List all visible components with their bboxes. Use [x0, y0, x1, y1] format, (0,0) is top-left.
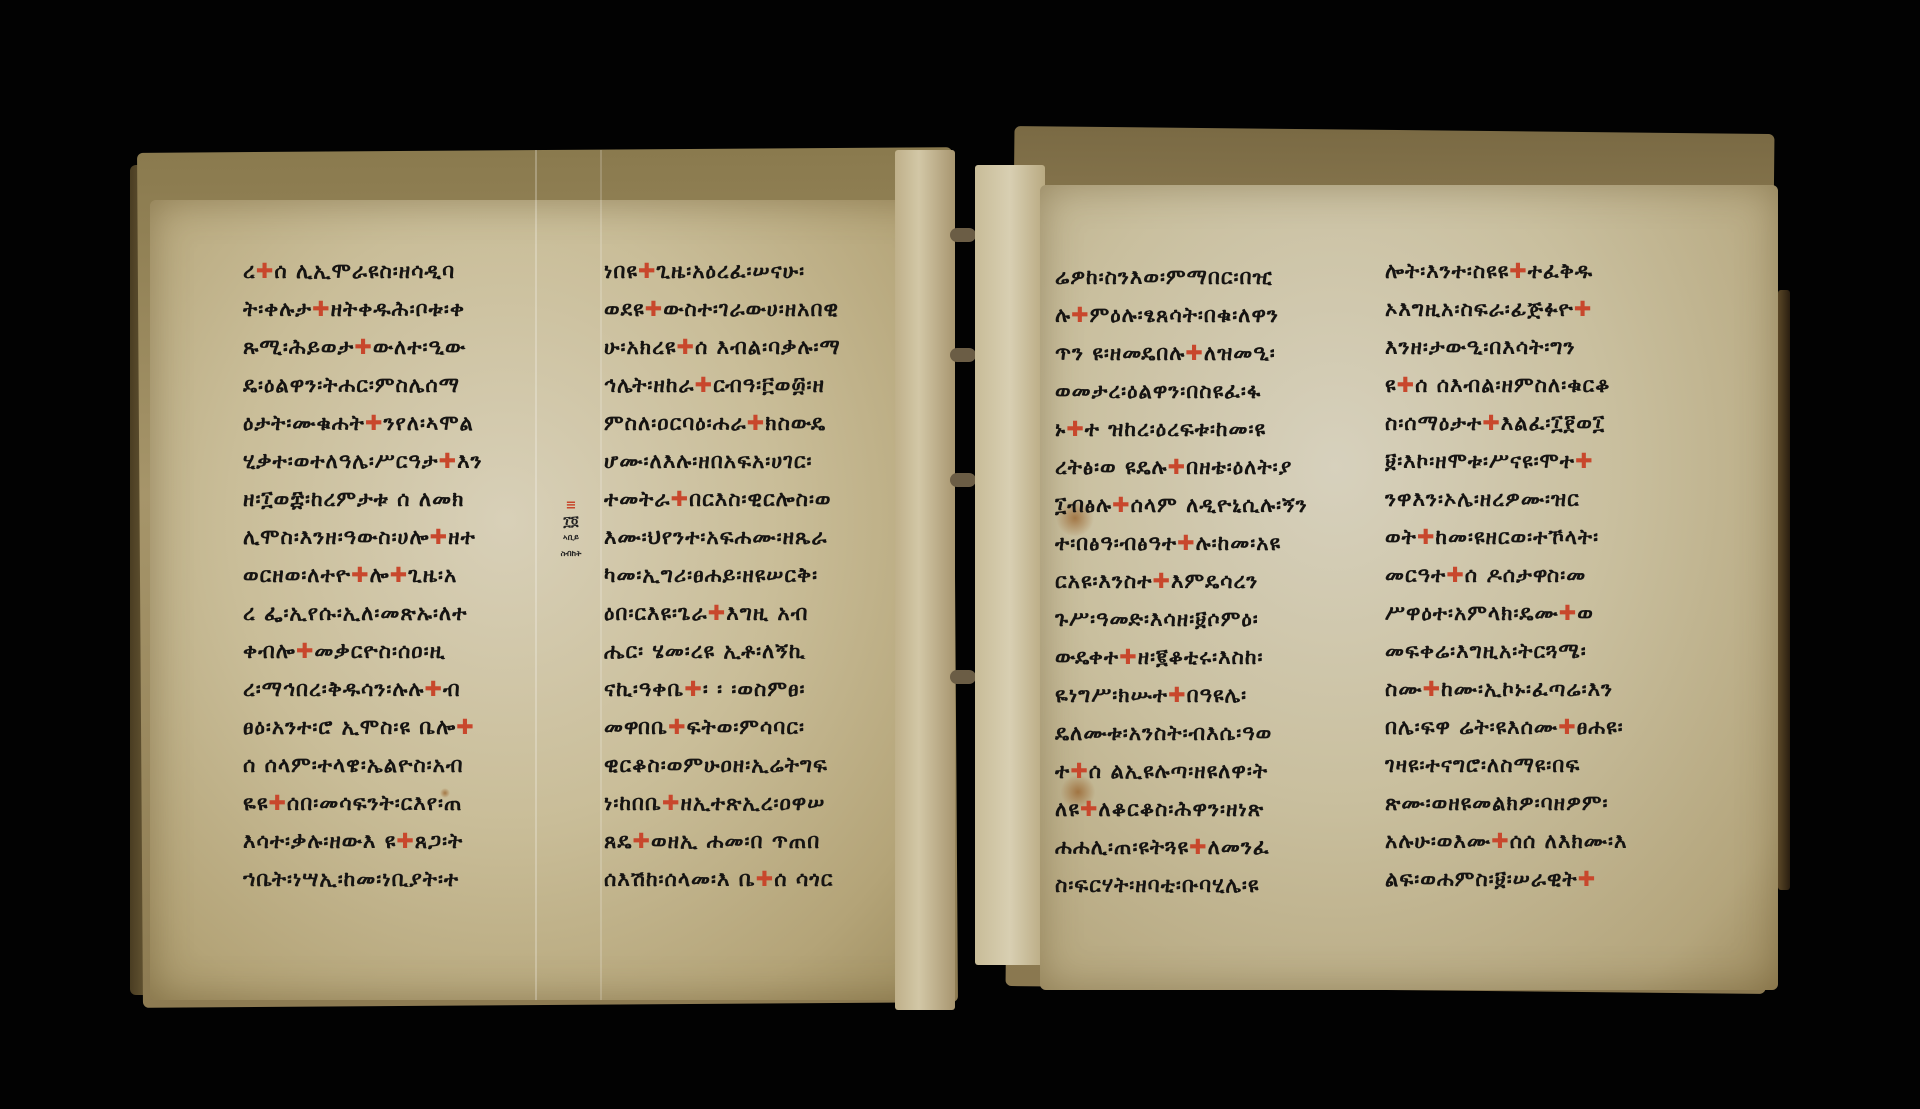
- rubric-cross-icon: ✚: [1119, 645, 1138, 669]
- rubric-cross-icon: ✚: [1168, 455, 1187, 479]
- rubric-cross-icon: ✚: [430, 525, 449, 549]
- rubric-cross-icon: ✚: [396, 829, 415, 853]
- text-line: ስሙ✚ከሙ፡ኢኮኑ፡ፈጣሬ፡እን: [1385, 670, 1695, 708]
- rubric-cross-icon: ✚: [1574, 297, 1593, 321]
- text-line: ተ፡በፅዓ፡ብፅዓተ✚ሉ፡ከመ፡አዩ: [1055, 524, 1355, 562]
- rubric-lines: ≡: [556, 498, 586, 514]
- text-line: ዬዩ✚ሰበ፡መሳፍንት፡ርእየ፡ጠ: [243, 784, 563, 822]
- rubric-cross-icon: ✚: [1070, 759, 1089, 783]
- text-line: ነበዩ✚ጊዜ፡አዕረፈ፡ሠናሁ፡: [604, 252, 914, 290]
- rubric-cross-icon: ✚: [268, 791, 287, 815]
- binding-thread: [950, 228, 976, 242]
- text-line: ወመታረ፡ዕልዋን፡በስዩፈ፡ፋ: [1055, 372, 1355, 410]
- text-line: ጉሥ፡ዓመድ፡እሳዘ፡፱ሶምዕ፡: [1055, 600, 1355, 638]
- rubric-cross-icon: ✚: [354, 335, 373, 359]
- text-line: ረ፡ማኅበረ፡ቅዱሳን፡ሉሉ✚ብ: [243, 670, 563, 708]
- rubric-cross-icon: ✚: [1575, 449, 1594, 473]
- text-line: እሙ፡ህየንተ፡አፍሐሙ፡ዘጼራ: [604, 518, 914, 556]
- rubric-cross-icon: ✚: [1071, 303, 1090, 327]
- rubric-cross-icon: ✚: [676, 335, 695, 359]
- text-line: ሥዋዕተ፡አምላክ፡ዴሙ✚ወ: [1385, 594, 1695, 632]
- text-line: መርዓተ✚ሰ ዶሰታዋስ፡መ: [1385, 556, 1695, 594]
- rubric-cross-icon: ✚: [684, 677, 703, 701]
- rubric-cross-icon: ✚: [1080, 797, 1099, 821]
- text-line: ረ ፌ፡ኢየሱ፡ኢለ፡መጽኡ፡ለተ: [243, 594, 563, 632]
- rubric-cross-icon: ✚: [1482, 411, 1501, 435]
- text-line: መፍቀሬ፡እግዚአ፡ትርጓሜ፡: [1385, 632, 1695, 670]
- text-line: ፲ብፅሉ✚ሰላም ለዲዮኒሲሉ፡ኝን: [1055, 486, 1355, 524]
- text-line: ዬነግሥ፡ክሡተ✚በዓዩሌ፡: [1055, 676, 1355, 714]
- text-line: ጹሚ፡ሕይወታ✚ውለተ፡ዒው: [243, 328, 563, 366]
- rubric-cross-icon: ✚: [668, 715, 687, 739]
- rubric-cross-icon: ✚: [296, 639, 315, 663]
- text-line: ፀዕ፡አንተ፡ሮ ኢሞስ፡ዩ ቤሎ✚: [243, 708, 563, 746]
- text-line: ፱፡እኮ፡ዘሞቱ፡ሥናዩ፡ሞተ✚: [1385, 442, 1695, 480]
- text-line: ዘ፡፲ወ፰፡ከረምታቱ ሰ ለመክ: [243, 480, 563, 518]
- rubric-cross-icon: ✚: [1177, 531, 1196, 555]
- text-line: ሆሙ፡ለእሉ፡ዘበአፍአ፡ሀገር፡: [604, 442, 914, 480]
- text-line: ኑ✚ተ ዝከረ፡ዕረፍቱ፡ከመ፡ዩ: [1055, 410, 1355, 448]
- text-line: ሂቃተ፡ወተለዓሌ፡ሥርዓታ✚እን: [243, 442, 563, 480]
- rubric-cross-icon: ✚: [1446, 563, 1465, 587]
- text-line: ቀብሎ✚መቃርዮስ፡ሰዐ፡ዚ: [243, 632, 563, 670]
- text-line: ሊሞስ፡እንዘ፡ዓውስ፡ሀሎ✚ዘተ: [243, 518, 563, 556]
- text-line: ካመ፡ኢግሪ፡ፀሐይ፡ዘዩሠርቅ፡: [604, 556, 914, 594]
- text-line: ጸዴ✚ወዘኢ ሐመ፡በ ጥጠበ: [604, 822, 914, 860]
- marginal-numeral: ፲፬: [556, 514, 586, 530]
- text-line: ሰ ሰላም፡ተላዌ፡ኤልዮስ፡አብ: [243, 746, 563, 784]
- rubric-cross-icon: ✚: [1168, 683, 1187, 707]
- text-line: ኅሌት፡ዘከራ✚ርብዓ፡፫ወ፴፡ዘ: [604, 366, 914, 404]
- text-line: ነ፡ከበቤ✚ዘኢተጽኢረ፡ዐዋሠ: [604, 784, 914, 822]
- text-line: ናኪ፡ዓቀቤ✚፡ ፡ ፡ወስምፀ፡: [604, 670, 914, 708]
- marginal-gloss: ኣቢይ ስብከት: [556, 530, 586, 562]
- text-line: ዴለሙቱ፡አንስት፡ብእሴ፡ዓወ: [1055, 714, 1355, 752]
- text-line: ልፍ፡ወሐምስ፡፱፡ሠራዊት✚: [1385, 860, 1695, 898]
- rubric-cross-icon: ✚: [1417, 525, 1436, 549]
- rubric-cross-icon: ✚: [1397, 373, 1416, 397]
- binding-thread: [950, 348, 976, 362]
- rubric-cross-icon: ✚: [695, 373, 714, 397]
- rubric-cross-icon: ✚: [1189, 835, 1208, 859]
- rubric-cross-icon: ✚: [708, 601, 727, 625]
- text-line: ሉ✚ምዕሉ፡ፄጸሳት፡በቁ፡ለዋን: [1055, 296, 1355, 334]
- text-line: ውዴቀተ✚ዘ፡፪ቆቲሩ፡እስከ፡: [1055, 638, 1355, 676]
- text-line: ጽሙ፡ወዘዩመልክዎ፡ባዘዎም፡: [1385, 784, 1695, 822]
- rubric-cross-icon: ✚: [645, 297, 664, 321]
- right-page-edge-stack: [1778, 290, 1790, 890]
- rubric-cross-icon: ✚: [670, 487, 689, 511]
- photo-scene: ረ✚ሰ ሊኢሞራዩስ፡ዘሳዲባ ት፡ቀሉታ✚ዘትቀዱሕ፡ቦቱ፡ቀ ጹሚ፡ሕይወታ…: [0, 0, 1920, 1109]
- text-line: ሔር፡ ሄመ፡ረዩ ኢቶ፡ለኝኪ: [604, 632, 914, 670]
- text-line: ዴ፡ዕልዋን፡ትሐር፡ምስሌሰማ: [243, 366, 563, 404]
- text-line: ዩ✚ሰ ሰእብል፡ዘምስለ፡ቁርቆ: [1385, 366, 1695, 404]
- rubric-cross-icon: ✚: [1558, 715, 1577, 739]
- text-line: በሌ፡ፍዋ ሬት፡ዩእሰሙ✚ፀሐዩ፡: [1385, 708, 1695, 746]
- rubric-cross-icon: ✚: [1559, 601, 1578, 625]
- rubric-cross-icon: ✚: [1152, 569, 1171, 593]
- rubric-cross-icon: ✚: [756, 867, 775, 891]
- text-line: ወርዘወ፡ለተዮ✚ሎ✚ጊዜ፡አ: [243, 556, 563, 594]
- left-column-1: ረ✚ሰ ሊኢሞራዩስ፡ዘሳዲባ ት፡ቀሉታ✚ዘትቀዱሕ፡ቦቱ፡ቀ ጹሚ፡ሕይወታ…: [243, 252, 563, 898]
- text-line: ተ✚ሰ ልኢዩሉጣ፡ዘዩለዋ፡ት: [1055, 752, 1355, 790]
- rubric-cross-icon: ✚: [1491, 829, 1510, 853]
- binding-thread: [950, 473, 976, 487]
- right-column-2: ሎት፡እንተ፡ስዩዩ✚ተፈቅዱ ኦእግዚአ፡ስፍራ፡ፊጅፉዮ✚ እንዘ፡ታውዒ፡…: [1385, 252, 1695, 898]
- text-line: ንዋእን፡ኦሌ፡ዘረዎሙ፡ዝር: [1385, 480, 1695, 518]
- text-line: ርአዩ፡እንስተ✚እምዴሳረን: [1055, 562, 1355, 600]
- rubric-cross-icon: ✚: [1112, 493, 1131, 517]
- text-line: አሉሁ፡ወእሙ✚ሰሰ ለእክሙ፡እ: [1385, 822, 1695, 860]
- text-line: ወት✚ከመ፡ዩዘርወ፡ተኾላት፡: [1385, 518, 1695, 556]
- text-line: ሰእሽከ፡ሰላመ፡እ ቤ✚ሰ ሳጎር: [604, 860, 914, 898]
- rubric-cross-icon: ✚: [632, 829, 651, 853]
- text-line: ኀቤት፡ነሣኢ፡ከመ፡ነቢያት፡ተ: [243, 860, 563, 898]
- rubric-cross-icon: ✚: [438, 449, 457, 473]
- text-line: ስ፡ሰማዕታተ✚እልፈ፡፲፻ወ፲: [1385, 404, 1695, 442]
- rubric-cross-icon: ✚: [390, 563, 409, 587]
- text-line: ረ✚ሰ ሊኢሞራዩስ፡ዘሳዲባ: [243, 252, 563, 290]
- rubric-cross-icon: ✚: [456, 715, 475, 739]
- text-line: እሳተ፡ቃሉ፡ዘውእ ዩ✚ጸጋ፡ት: [243, 822, 563, 860]
- text-line: ለዩ✚ለቆርቆስ፡ሕዋን፡ዘነጽ: [1055, 790, 1355, 828]
- text-line: መዋበቤ✚ፍትወ፡ምሳባር፡: [604, 708, 914, 746]
- rubric-cross-icon: ✚: [256, 259, 275, 283]
- left-column-2: ነበዩ✚ጊዜ፡አዕረፈ፡ሠናሁ፡ ወደዩ✚ውስተ፡ገራውሀ፡ዘአበዊ ሁ፡አክረ…: [604, 252, 914, 898]
- rubric-cross-icon: ✚: [1185, 341, 1204, 365]
- text-line: ዊርቆስ፡ወምሁዐዘ፡ኢሬትግፍ: [604, 746, 914, 784]
- rubric-cross-icon: ✚: [351, 563, 370, 587]
- text-line: ሐሐሊ፡ጠ፡ዩትጓዩ✚ለመንፈ: [1055, 828, 1355, 866]
- text-line: ሁ፡አክረዩ✚ሰ እብል፡ባቃሉ፡ማ: [604, 328, 914, 366]
- text-line: ረትፅ፡ወ ዩዴሉ✚በዘቴ፡ዕለት፡ያ: [1055, 448, 1355, 486]
- rubric-cross-icon: ✚: [1509, 259, 1528, 283]
- text-line: እንዘ፡ታውዒ፡በእሳት፡ግን: [1385, 328, 1695, 366]
- rubric-cross-icon: ✚: [424, 677, 443, 701]
- rubric-cross-icon: ✚: [662, 791, 681, 815]
- text-line: ስ፡ፍርሃት፡ዘባቲ፡ቡባሂሌ፡ዩ: [1055, 866, 1355, 904]
- rubric-cross-icon: ✚: [638, 259, 657, 283]
- text-line: ሬዎከ፡ስንእወ፡ምማበር፡በዢ: [1055, 258, 1355, 296]
- left-page-ruling-line: [600, 150, 602, 1000]
- rubric-cross-icon: ✚: [365, 411, 384, 435]
- right-column-1: ሬዎከ፡ስንእወ፡ምማበር፡በዢ ሉ✚ምዕሉ፡ፄጸሳት፡በቁ፡ለዋን ጥን ዩ፡…: [1055, 258, 1355, 904]
- right-page-stub: [975, 165, 1045, 965]
- text-line: ወደዩ✚ውስተ፡ገራውሀ፡ዘአበዊ: [604, 290, 914, 328]
- text-line: ዕታት፡ሙቁሐት✚ንየለ፡ኣሞል: [243, 404, 563, 442]
- rubric-cross-icon: ✚: [1578, 867, 1597, 891]
- rubric-cross-icon: ✚: [747, 411, 766, 435]
- text-line: ዕበ፡ርእዩ፡ጌራ✚እግዚ አብ: [604, 594, 914, 632]
- binding-thread: [950, 670, 976, 684]
- rubric-cross-icon: ✚: [1423, 677, 1442, 701]
- rubric-cross-icon: ✚: [1066, 417, 1085, 441]
- rubric-cross-icon: ✚: [312, 297, 331, 321]
- text-line: ሎት፡እንተ፡ስዩዩ✚ተፈቅዱ: [1385, 252, 1695, 290]
- text-line: ተመትራ✚በርእስ፡ዊርሎስ፡ወ: [604, 480, 914, 518]
- text-line: ምስለ፡ዐርባዕ፡ሐራ✚ክስውዴ: [604, 404, 914, 442]
- marginal-numeral-note: ≡ ፲፬ ኣቢይ ስብከት: [556, 498, 586, 572]
- text-line: ገዛዩ፡ተናግሮ፡ለስማዩ፡በፍ: [1385, 746, 1695, 784]
- text-line: ጥን ዩ፡ዘመዴበሉ✚ለዝመዒ፡: [1055, 334, 1355, 372]
- text-line: ት፡ቀሉታ✚ዘትቀዱሕ፡ቦቱ፡ቀ: [243, 290, 563, 328]
- text-line: ኦእግዚአ፡ስፍራ፡ፊጅፉዮ✚: [1385, 290, 1695, 328]
